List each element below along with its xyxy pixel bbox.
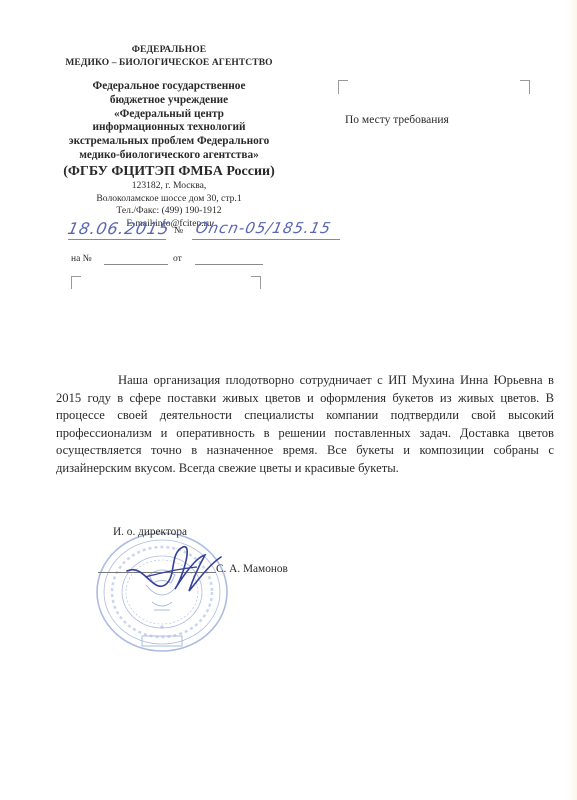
registration-row: 18.06.2015 № Ohcn-05/185.15 [68,220,348,242]
org-line: информационных технологий [40,121,298,135]
signatory-name: С. А. Мамонов [216,563,288,575]
org-line: медико-биологического агентства» [40,149,298,163]
org-line: бюджетное учреждение [40,94,298,108]
reference-row: на № [71,254,92,264]
agency-name-line2: МЕДИКО – БИОЛОГИЧЕСКОЕ АГЕНТСТВО [40,57,298,70]
org-line: Федеральное государственное [40,80,298,94]
handwritten-date: 18.06.2015 [66,219,172,238]
page-edge [567,0,577,800]
handwritten-reg-number: Ohcn-05/185.15 [194,219,333,237]
org-line: экстремальных проблем Федерального [40,135,298,149]
addressee-corner-left [338,80,348,94]
corner-mark-top-right [251,276,261,289]
signatory-title: И. о. директора [113,526,187,538]
date-underline [68,239,166,240]
number-underline [192,239,340,240]
addressee: По месту требования [345,114,449,126]
ref-number-label: на № [71,254,92,264]
org-line: «Федеральный центр [40,108,298,122]
addressee-corner-right [520,80,530,94]
organization-abbreviation: (ФГБУ ФЦИТЭП ФМБА России) [40,163,298,180]
corner-mark-top-left [71,276,81,289]
organization-name: Федеральное государственное бюджетное уч… [40,80,298,163]
ref-date-label: от [173,254,182,264]
address-line: 123182, г. Москва, [40,180,298,193]
address-line: Тел./Факс: (499) 190-1912 [40,205,298,218]
letterhead: ФЕДЕРАЛЬНОЕ МЕДИКО – БИОЛОГИЧЕСКОЕ АГЕНТ… [40,44,298,231]
letter-body: Наша организация плодотворно сотрудничае… [56,372,554,477]
ref-date-line [195,264,263,265]
address-line: Волоколамское шоссе дом 30, стр.1 [40,193,298,206]
agency-name-line1: ФЕДЕРАЛЬНОЕ [40,44,298,57]
body-paragraph: Наша организация плодотворно сотрудничае… [56,373,554,475]
number-sign: № [174,226,183,236]
ref-number-line [104,264,168,265]
